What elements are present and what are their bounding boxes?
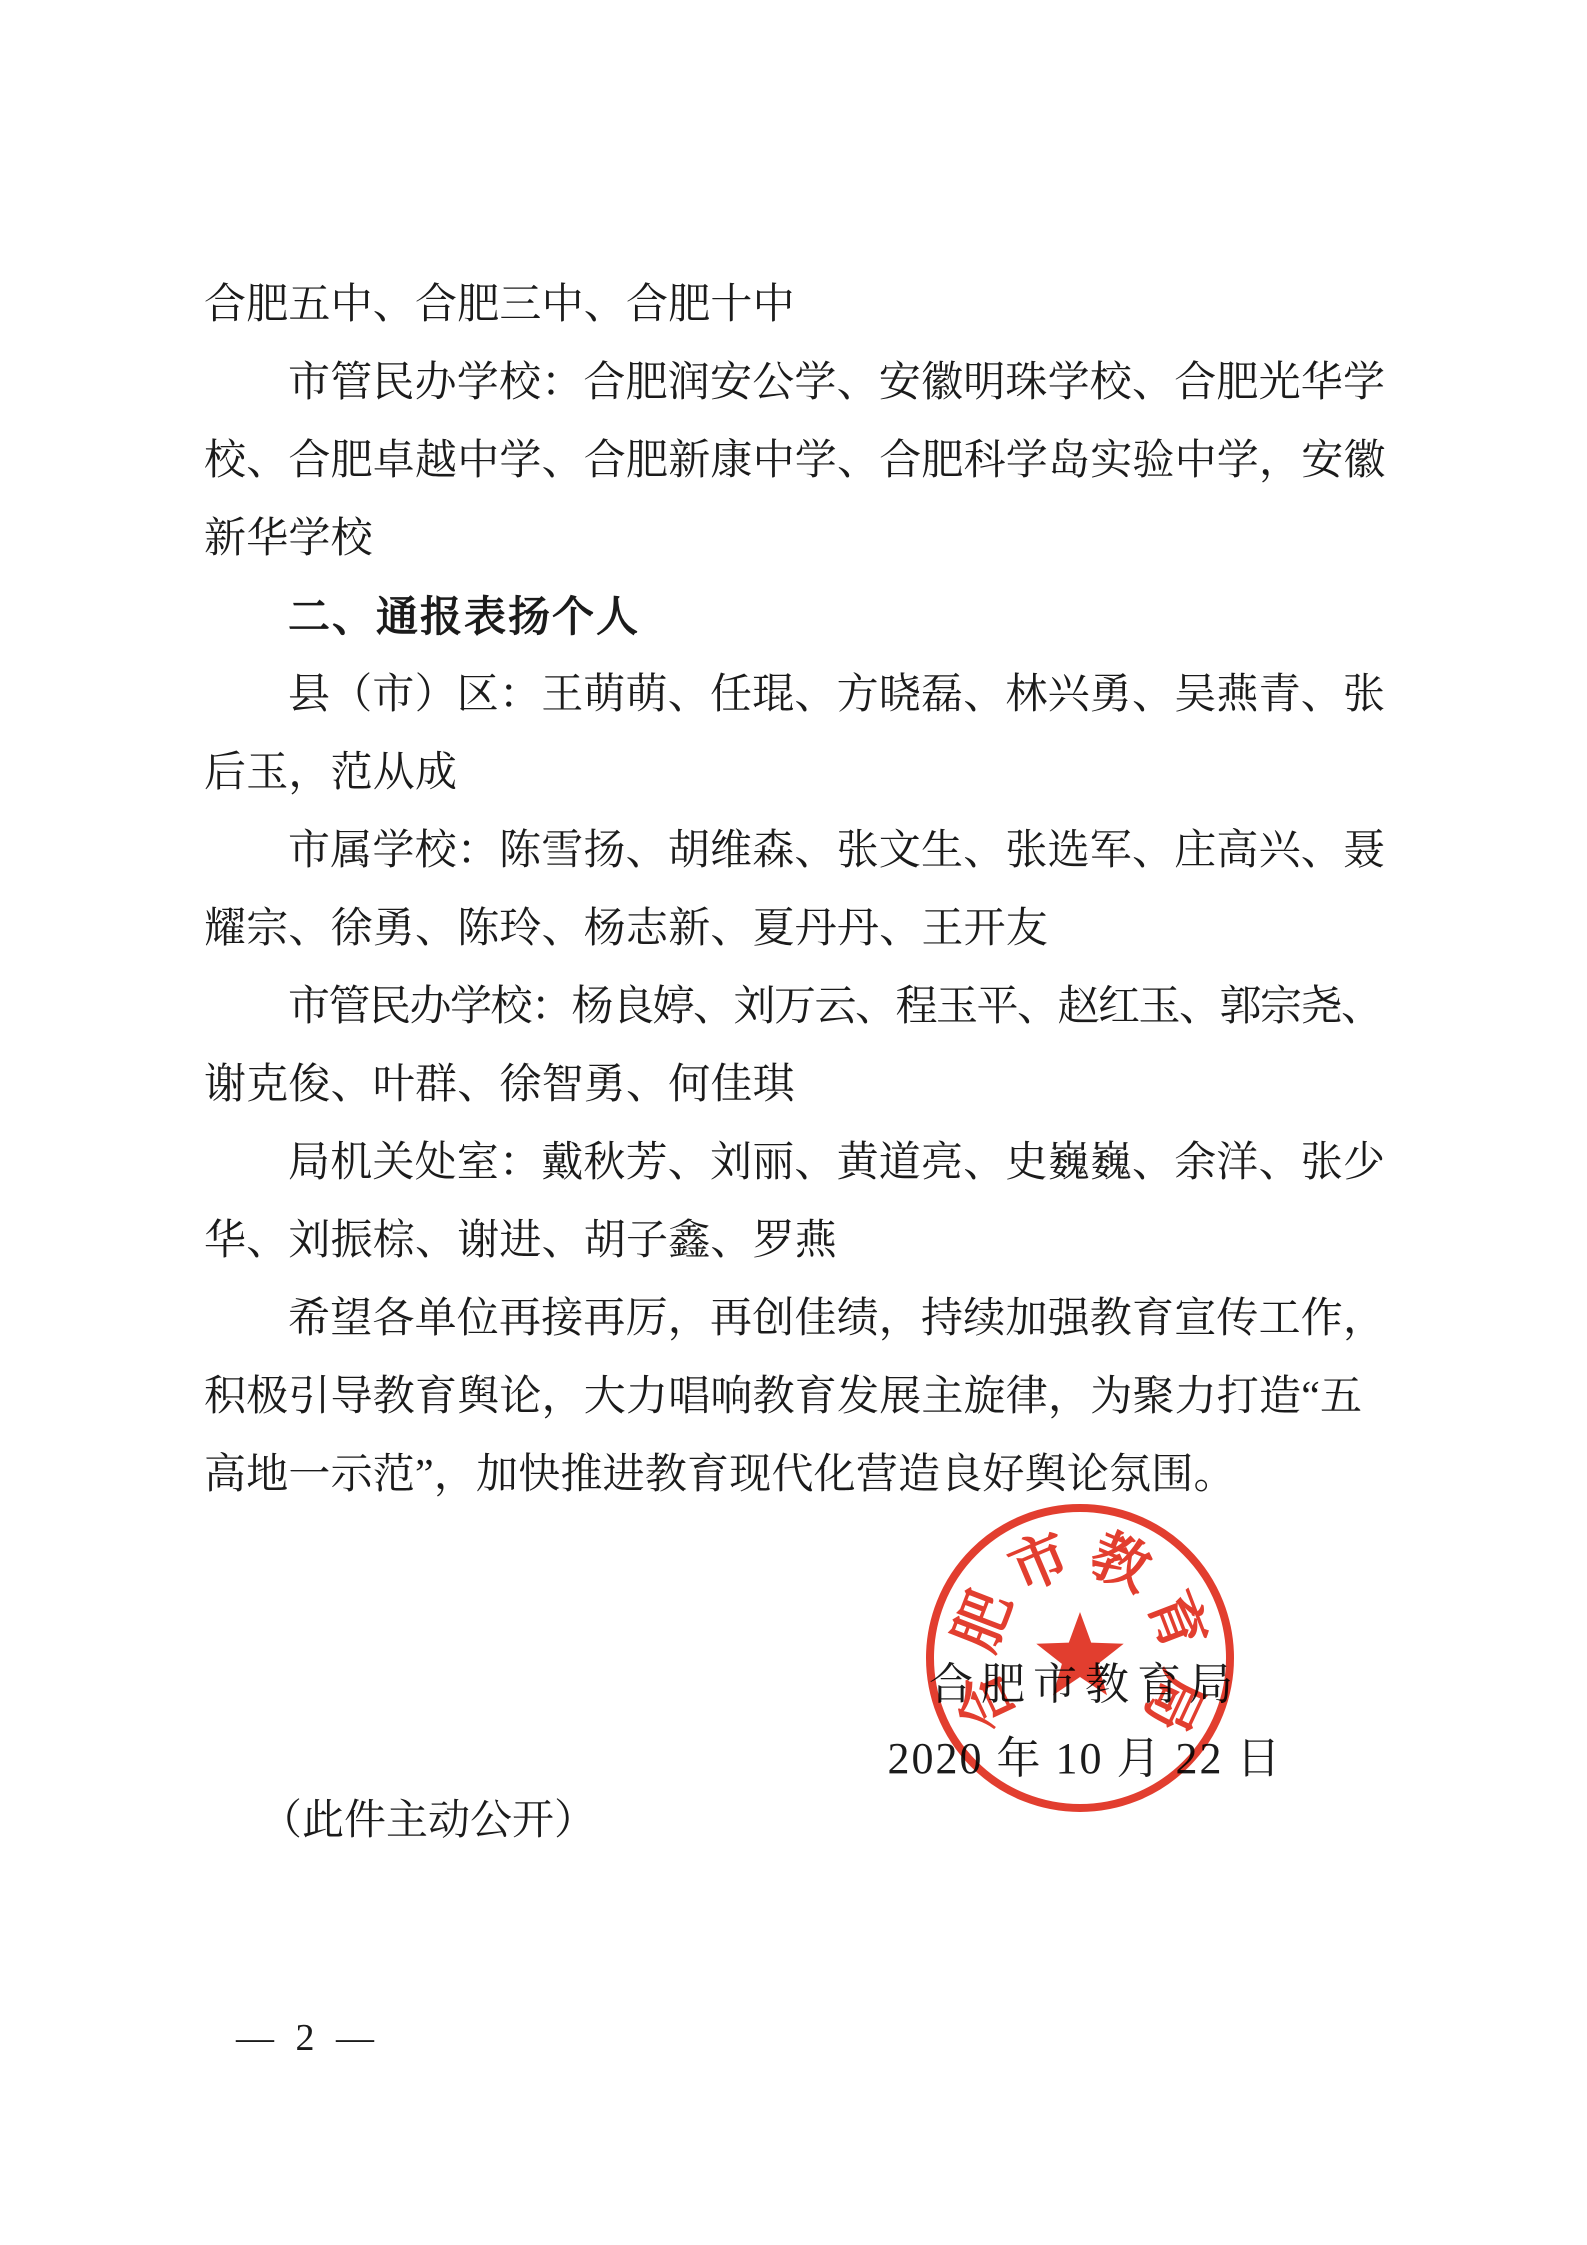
disclosure-note: （此件主动公开） xyxy=(204,1787,596,1847)
seal-char: 市 xyxy=(1000,1521,1079,1604)
body-line: 耀宗、徐勇、陈玲、杨志新、夏丹丹、王开友 xyxy=(204,890,1390,968)
seal-char: 育 xyxy=(1136,1582,1217,1659)
seal-char: 局 xyxy=(1132,1662,1215,1742)
body-line: 局机关处室：戴秋芳、刘丽、黄道亮、史巍巍、余洋、张少 xyxy=(204,1124,1390,1202)
official-seal: 合 肥 市 教 育 局 xyxy=(920,1498,1240,1818)
section-heading: 二、通报表扬个人 xyxy=(204,578,1390,656)
body-line: 希望各单位再接再厉，再创佳绩，持续加强教育宣传工作， xyxy=(204,1280,1390,1358)
body-line: 校、合肥卓越中学、合肥新康中学、合肥科学岛实验中学，安徽 xyxy=(204,422,1390,500)
seal-star-icon xyxy=(1036,1612,1123,1695)
body-line: 谢克俊、叶群、徐智勇、何佳琪 xyxy=(204,1046,1390,1124)
seal-char: 肥 xyxy=(943,1582,1024,1659)
body-line: 市管民办学校：杨良婷、刘万云、程玉平、赵红玉、郭宗尧、 xyxy=(204,968,1390,1046)
body-line: 华、刘振棕、谢进、胡子鑫、罗燕 xyxy=(204,1202,1390,1280)
body-line: 积极引导教育舆论，大力唱响教育发展主旋律，为聚力打造“五 xyxy=(204,1358,1390,1436)
body-line: 市属学校：陈雪扬、胡维森、张文生、张选军、庄高兴、聂 xyxy=(204,812,1390,890)
page-number: — 2 — xyxy=(236,2016,380,2060)
body-line: 市管民办学校：合肥润安公学、安徽明珠学校、合肥光华学 xyxy=(204,344,1390,422)
body-line: 县（市）区：王萌萌、任琨、方晓磊、林兴勇、吴燕青、张 xyxy=(204,656,1390,734)
document-page: 合肥五中、合肥三中、合肥十中 市管民办学校：合肥润安公学、安徽明珠学校、合肥光华… xyxy=(0,0,1587,2245)
document-body: 合肥五中、合肥三中、合肥十中 市管民办学校：合肥润安公学、安徽明珠学校、合肥光华… xyxy=(204,266,1390,1514)
body-line: 合肥五中、合肥三中、合肥十中 xyxy=(204,266,1390,344)
body-line: 新华学校 xyxy=(204,500,1390,578)
body-line: 后玉，范从成 xyxy=(204,734,1390,812)
seal-char: 教 xyxy=(1081,1521,1161,1604)
seal-char: 合 xyxy=(944,1662,1027,1742)
